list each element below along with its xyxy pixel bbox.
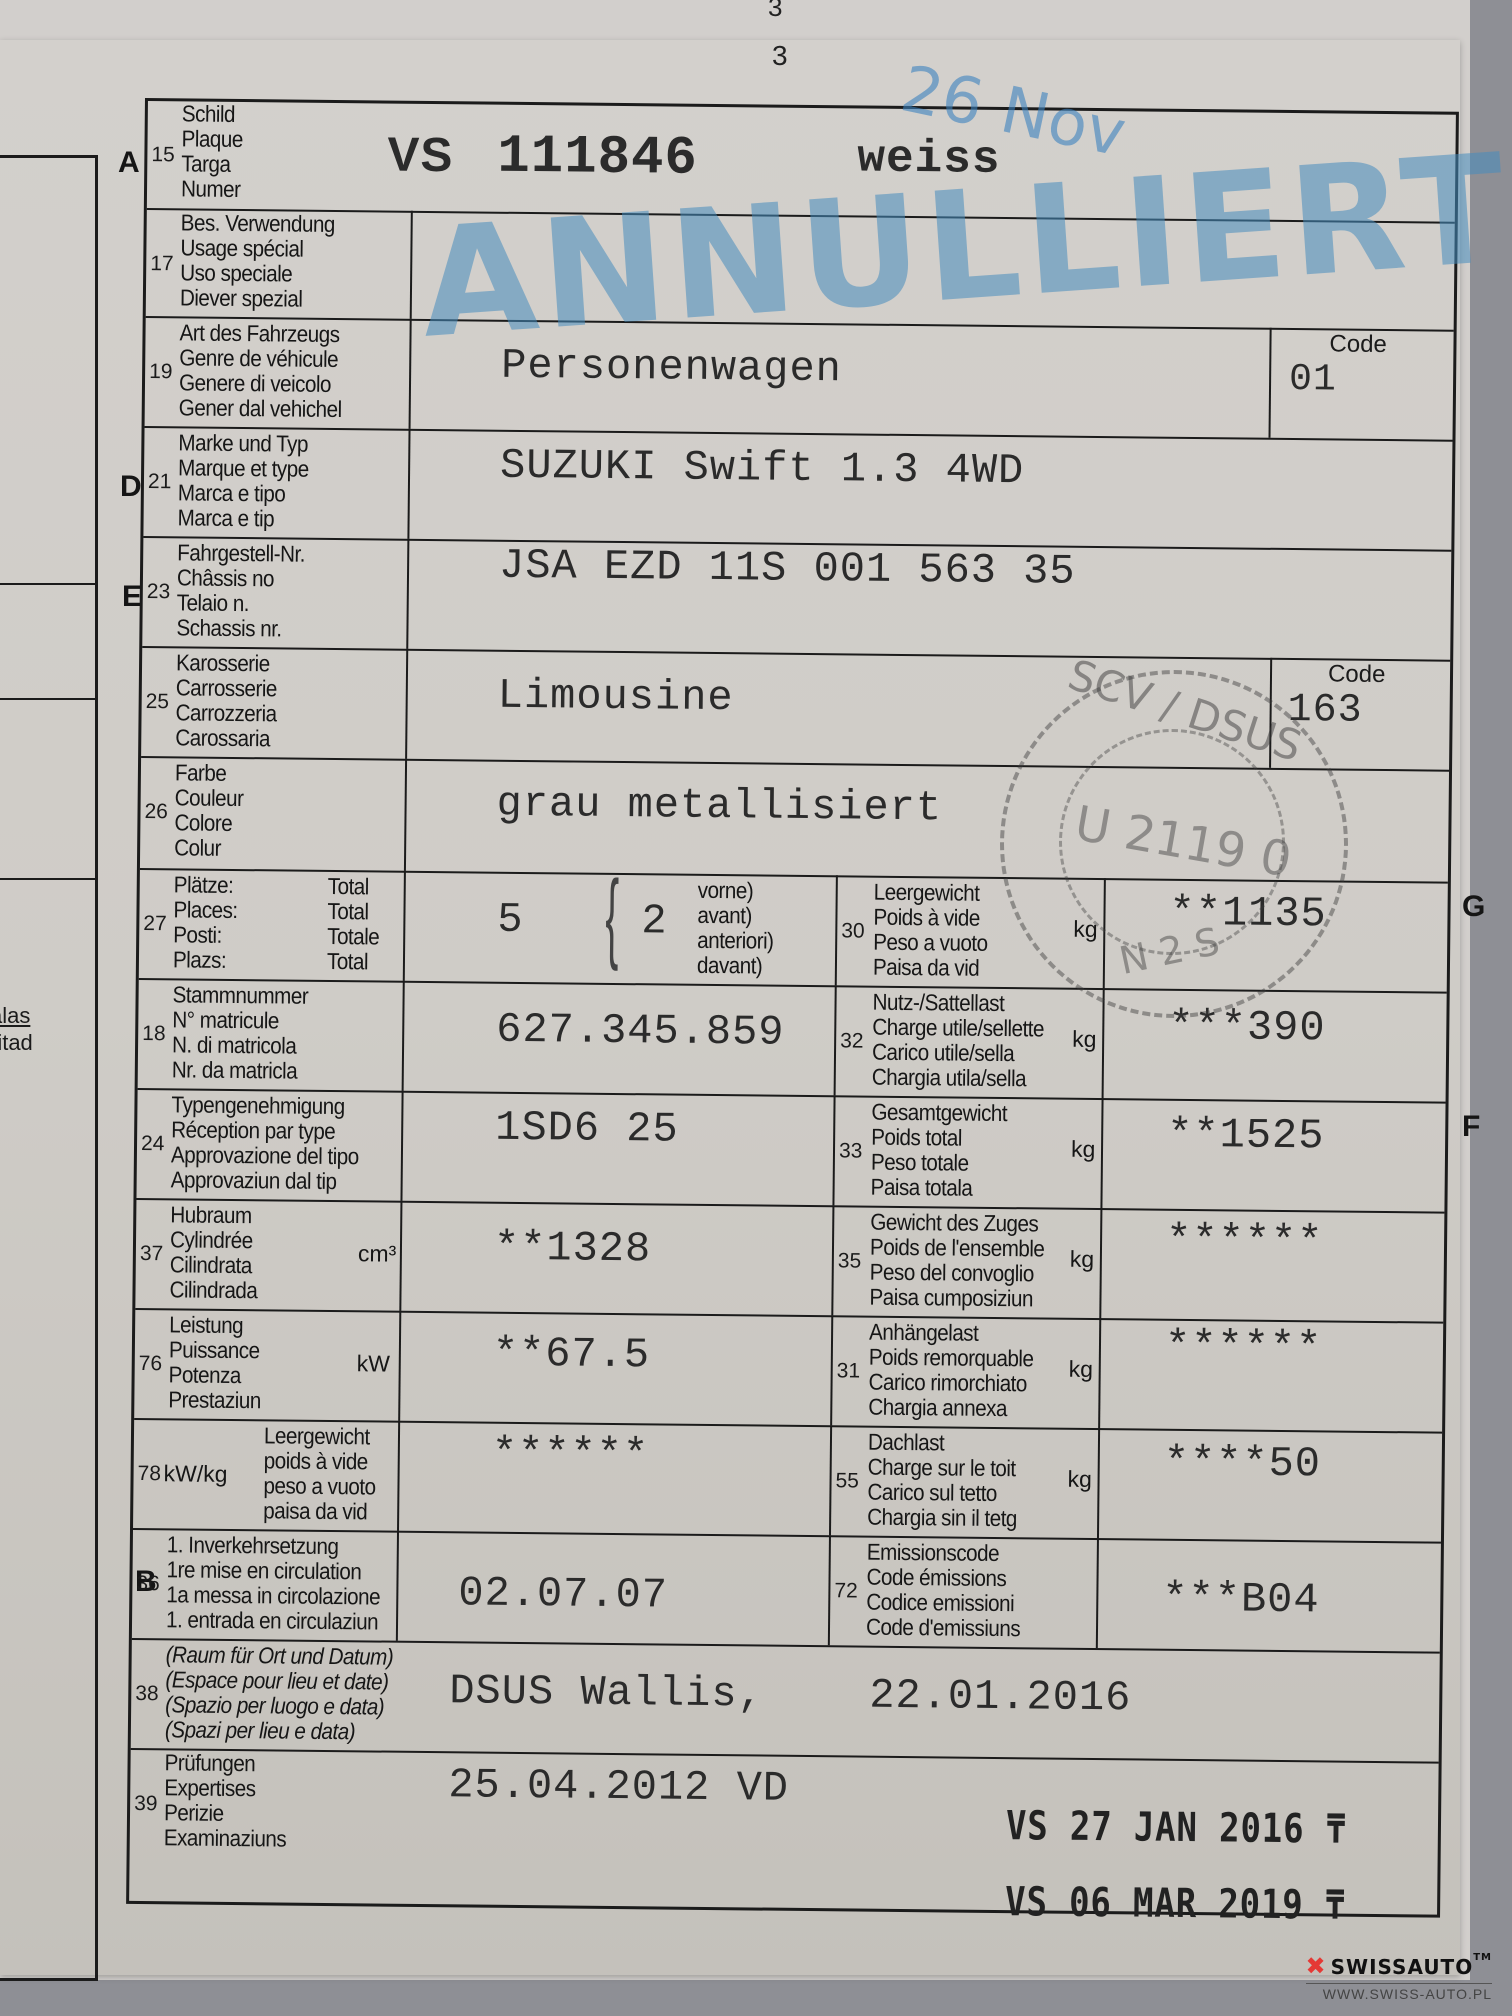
field-number: 21 — [148, 470, 172, 494]
field-number: 72 — [834, 1579, 858, 1603]
seats-total-label: TotalTotalTotaleTotal — [327, 874, 380, 975]
payload-label: Nutz-/SattellastCharge utile/selletteCar… — [872, 990, 1045, 1092]
row-plate: 15 SchildPlaqueTargaNumer VS 111846 weis… — [147, 101, 1456, 224]
inspections-label: PrüfungenExpertisesPerizieExaminaziuns — [164, 1750, 287, 1851]
row-inspections: 39 PrüfungenExpertisesPerizieExaminaziun… — [129, 1748, 1438, 1912]
field-number: 25 — [146, 690, 170, 714]
field-number: 19 — [149, 360, 173, 384]
field-number: 24 — [141, 1132, 165, 1156]
row-vehicle-type: 19 Art des FahrzeugsGenre de véhiculeGen… — [145, 316, 1454, 442]
page-number-inner: 3 — [772, 40, 788, 72]
unit-label: kg — [1070, 1246, 1095, 1273]
make-model-value: SUZUKI Swift 1.3 4WD — [500, 442, 1025, 495]
chassis-value: JSA EZD 11S 001 563 35 — [499, 542, 1076, 596]
field-number: 78 — [137, 1462, 161, 1486]
gross-weight-label: GesamtgewichtPoids totalPeso totalePaisa… — [871, 1100, 1008, 1201]
row-colour: 26 FarbeCouleurColoreColur grau metallis… — [140, 756, 1449, 884]
left-page-edge: alas ritad — [0, 155, 98, 1981]
towing-load-value: ****** — [1165, 1323, 1323, 1373]
row-displacement-train-weight: 37 HubraumCylindréeCilindrataCilindrada … — [135, 1198, 1444, 1324]
roof-load-value: ****50 — [1164, 1439, 1322, 1489]
plate-number: 111846 — [497, 127, 698, 190]
train-weight-value: ****** — [1166, 1217, 1324, 1267]
row-place-date: 38 (Raum für Ort und Datum)(Espace pour … — [131, 1638, 1440, 1764]
place-value: DSUS Wallis, — [449, 1667, 764, 1718]
unit-label: kW — [357, 1350, 390, 1377]
registration-form-table: 15 SchildPlaqueTargaNumer VS 111846 weis… — [126, 98, 1459, 1918]
field-number: 30 — [841, 919, 865, 943]
field-number: 38 — [135, 1682, 159, 1706]
type-approval-label: TypengenehmigungRéception par typeApprov… — [171, 1092, 360, 1194]
unit-label: cm³ — [358, 1240, 397, 1267]
colour-value: grau metallisiert — [496, 780, 942, 833]
page-number-top: 3 — [768, 0, 782, 23]
unit-label: kg — [1072, 1026, 1097, 1053]
field-number: 36 — [136, 1572, 160, 1596]
brace-icon: { — [605, 859, 620, 974]
emission-code-label: EmissionscodeCode émissionsCodice emissi… — [866, 1540, 1021, 1642]
field-number: 33 — [839, 1139, 863, 1163]
curb-weight-value: **1135 — [1169, 889, 1327, 939]
field-number: 15 — [151, 143, 175, 167]
body-code: 163 — [1287, 688, 1362, 734]
unit-label: kg — [1073, 916, 1098, 943]
row-type-approval-gross-weight: 24 TypengenehmigungRéception par typeApp… — [136, 1088, 1445, 1214]
unit-label: kg — [1071, 1136, 1096, 1163]
first-registration-label: 1. Inverkehrsetzung1re mise en circulati… — [166, 1532, 381, 1634]
left-page-fragment: ritad — [0, 1030, 33, 1056]
field-number: 31 — [837, 1359, 861, 1383]
registration-document-page: alas ritad 3 A D E G F B 15 SchildPlaque… — [0, 40, 1460, 1975]
body-value: Limousine — [498, 672, 734, 722]
type-approval-value: 1SD6 25 — [495, 1104, 679, 1154]
field-number: 32 — [840, 1029, 864, 1053]
field-number: 39 — [134, 1792, 158, 1816]
matriculation-label: StammnummerN° matriculeN. di matricolaNr… — [172, 982, 309, 1083]
emission-code-value: ***B04 — [1162, 1575, 1320, 1625]
watermark-url: WWW.SWISS-AUTO.PL — [1306, 1983, 1492, 2002]
section-letter-g: G — [1462, 890, 1485, 924]
left-page-fragment: alas — [0, 1003, 30, 1029]
field-number: 27 — [143, 912, 167, 936]
row-power-towing-load: 76 LeistungPuissancePotenzaPrestaziun kW… — [134, 1308, 1443, 1434]
power-label: LeistungPuissancePotenzaPrestaziun — [168, 1312, 261, 1413]
vehicle-type-label: Art des FahrzeugsGenre de véhiculeGenere… — [179, 320, 343, 422]
row-power-weight-roof-load: 78 kW/kg Leergewichtpoids à videpeso a v… — [133, 1418, 1442, 1544]
vehicle-type-code: 01 — [1289, 358, 1337, 401]
unit-label: kg — [1069, 1356, 1094, 1383]
row-matriculation-payload: 18 StammnummerN° matriculeN. di matricol… — [138, 978, 1447, 1104]
inspection-stamp: VS 27 JAN 2016 ₸ — [1006, 1803, 1348, 1853]
first-registration-value: 02.07.07 — [458, 1569, 668, 1619]
payload-value: ***390 — [1168, 1003, 1326, 1053]
row-body: 25 KarosserieCarrosserieCarrozzeriaCaros… — [141, 646, 1450, 772]
row-special-use: 17 Bes. VerwendungUsage spécialUso speci… — [146, 208, 1455, 332]
field-number: 76 — [139, 1352, 163, 1376]
seats-front-label: vorne)avant)anteriori)davant) — [697, 878, 774, 979]
section-letter-d: D — [120, 470, 142, 504]
colour-label: FarbeCouleurColoreColur — [174, 760, 244, 861]
roof-load-label: DachlastCharge sur le toitCarico sul tet… — [867, 1430, 1018, 1532]
seats-total-value: 5 — [497, 896, 524, 944]
matriculation-value: 627.345.859 — [496, 1006, 785, 1057]
inspection-stamp: VS 06 MAR 2019 ₸ — [1005, 1879, 1347, 1929]
row-chassis: 23 Fahrgestell-Nr.Châssis noTelaio n.Sch… — [142, 536, 1451, 662]
code-label: Code — [1328, 660, 1386, 689]
seats-label: Plätze:Places:Posti:Plazs: — [173, 872, 238, 973]
field-number: 55 — [835, 1469, 859, 1493]
displacement-value: **1328 — [494, 1224, 652, 1274]
unit-label: kW/kg — [163, 1460, 227, 1488]
field-number: 17 — [150, 252, 174, 276]
field-number: 37 — [140, 1242, 164, 1266]
section-letter-a: A — [118, 146, 140, 180]
field-number: 23 — [147, 580, 171, 604]
train-weight-label: Gewicht des ZugesPoids de l'ensemblePeso… — [869, 1210, 1044, 1312]
body-label: KarosserieCarrosserieCarrozzeriaCarossar… — [175, 650, 277, 751]
curb-weight-label: LeergewichtPoids à videPeso a vuotoPaisa… — [873, 880, 988, 981]
brand-name: SWISSAUTO — [1331, 1955, 1474, 1979]
row-make-model: 21 Marke und TypMarque et typeMarca e ti… — [143, 426, 1452, 552]
place-date-label: (Raum für Ort und Datum)(Espace pour lie… — [165, 1642, 393, 1744]
power-value: **67.5 — [493, 1330, 651, 1380]
power-weight-label: Leergewichtpoids à videpeso a vuotopaisa… — [263, 1423, 376, 1524]
inspection-value: 25.04.2012 VD — [448, 1761, 789, 1813]
plate-color: weiss — [857, 132, 1001, 185]
swissauto-logo-icon: ✖ — [1306, 1952, 1327, 1980]
row-first-registration-emission: 36 1. Inverkehrsetzung1re mise en circul… — [132, 1528, 1441, 1654]
row-seats-curb-weight: 27 Plätze:Places:Posti:Plazs: TotalTotal… — [139, 868, 1448, 994]
seats-front-value: 2 — [641, 897, 668, 945]
special-use-label: Bes. VerwendungUsage spécialUso speciale… — [180, 210, 335, 312]
date-value: 22.01.2016 — [869, 1672, 1132, 1723]
field-number: 35 — [838, 1249, 862, 1273]
unit-label: kg — [1067, 1466, 1092, 1493]
plate-label: SchildPlaqueTargaNumer — [181, 101, 243, 202]
special-use-value — [410, 211, 1455, 330]
gross-weight-value: **1525 — [1167, 1111, 1325, 1161]
displacement-label: HubraumCylindréeCilindrataCilindrada — [169, 1202, 258, 1303]
plate-canton: VS — [387, 128, 454, 184]
power-weight-value: ****** — [492, 1430, 650, 1480]
make-model-label: Marke und TypMarque et typeMarca e tipoM… — [177, 430, 309, 531]
code-label: Code — [1329, 330, 1387, 359]
section-letter-f: F — [1462, 1110, 1480, 1144]
field-number: 26 — [144, 800, 168, 824]
vehicle-type-value: Personenwagen — [501, 342, 842, 394]
chassis-label: Fahrgestell-Nr.Châssis noTelaio n.Schass… — [176, 540, 305, 641]
field-number: 18 — [142, 1022, 166, 1046]
towing-load-label: AnhängelastPoids remorquableCarico rimor… — [868, 1320, 1034, 1422]
swissauto-watermark: ✖SWISSAUTOTM WWW.SWISS-AUTO.PL — [1306, 1952, 1492, 2002]
